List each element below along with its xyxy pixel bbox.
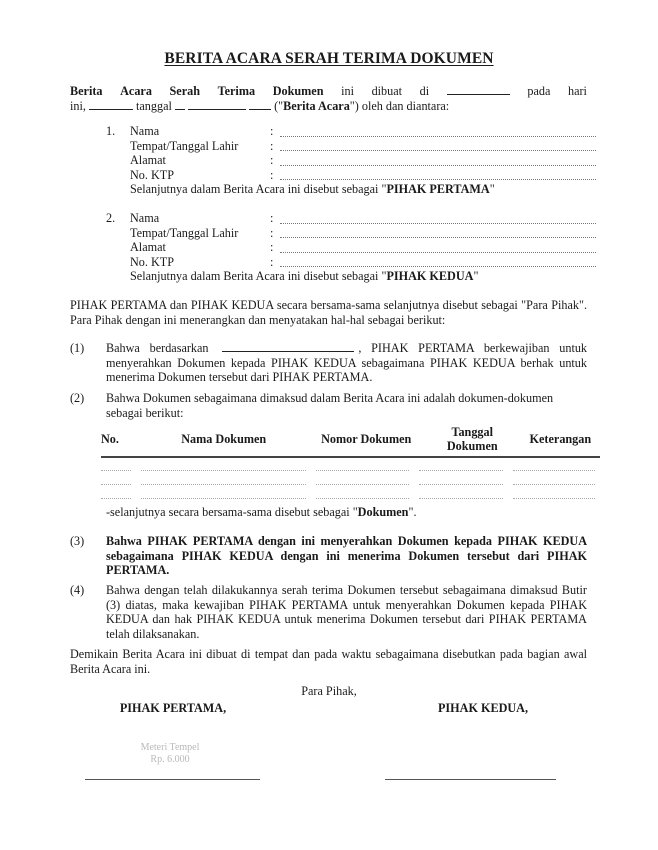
- field-label-alamat: Alamat: [130, 153, 270, 168]
- designation-text: Selanjutnya dalam Berita Acara ini diseb…: [130, 182, 386, 196]
- alamat-input[interactable]: [280, 155, 596, 166]
- table-row: [101, 491, 600, 505]
- signature-line-first[interactable]: [85, 779, 260, 780]
- cell-tanggal[interactable]: [419, 498, 504, 499]
- field-label-nama: Nama: [130, 124, 270, 139]
- document-title: BERITA ACARA SERAH TERIMA DOKUMEN: [0, 50, 658, 68]
- stamp-text: Meteri Tempel: [120, 742, 220, 754]
- month-blank-field[interactable]: [188, 99, 246, 110]
- clause-text: Bahwa berdasarkan , PIHAK PERTAMA berkew…: [106, 341, 587, 385]
- colon: :: [270, 139, 280, 154]
- signature-heading: Para Pihak,: [0, 684, 658, 699]
- column-header-nomor: Nomor Dokumen: [309, 432, 424, 446]
- designation-text: Selanjutnya dalam Berita Acara ini diseb…: [130, 269, 386, 283]
- intro-word: Dokumen: [273, 84, 324, 99]
- field-label-ttl: Tempat/Tanggal Lahir: [130, 139, 270, 154]
- signature-line-second[interactable]: [385, 779, 556, 780]
- colon: :: [270, 153, 280, 168]
- footnote-text: -selanjutnya secara bersama-sama disebut…: [106, 505, 358, 519]
- cell-keterangan[interactable]: [513, 470, 595, 471]
- column-header-keterangan: Keterangan: [521, 432, 600, 446]
- footnote-text: ".: [408, 505, 416, 519]
- cell-nama[interactable]: [141, 498, 306, 499]
- field-label-ktp: No. KTP: [130, 168, 270, 183]
- cell-nomor[interactable]: [316, 484, 409, 485]
- intro-word: pada: [527, 84, 550, 99]
- date-blank-field[interactable]: [175, 99, 185, 110]
- clause-text: Bahwa PIHAK PERTAMA dengan ini menyerahk…: [106, 534, 587, 578]
- cell-nomor[interactable]: [316, 498, 409, 499]
- cell-no[interactable]: [101, 498, 131, 499]
- intro-bold-text: Berita Acara: [283, 99, 350, 113]
- party-number: 2.: [106, 211, 130, 226]
- colon: :: [270, 240, 280, 255]
- field-label-ttl: Tempat/Tanggal Lahir: [130, 226, 270, 241]
- table-row: [101, 477, 600, 491]
- year-blank-field[interactable]: [249, 99, 271, 110]
- intro-word: dibuat: [372, 84, 402, 99]
- nama-input[interactable]: [280, 213, 596, 224]
- clause-text: Bahwa Dokumen sebagaimana dimaksud dalam…: [106, 391, 587, 420]
- clause-1: (1) Bahwa berdasarkan , PIHAK PERTAMA be…: [70, 341, 587, 385]
- colon: :: [270, 226, 280, 241]
- stamp-value: Rp. 6.000: [120, 754, 220, 766]
- party-first: 1.Nama: Tempat/Tanggal Lahir: Alamat: No…: [106, 124, 596, 197]
- clause-3: (3) Bahwa PIHAK PERTAMA dengan ini menye…: [70, 534, 587, 578]
- signature-label-first: PIHAK PERTAMA,: [86, 701, 260, 716]
- column-header-tanggal: Tanggal Dokumen: [424, 425, 521, 453]
- party-second: 2.Nama: Tempat/Tanggal Lahir: Alamat: No…: [106, 211, 596, 284]
- intro-paragraph: Berita Acara Serah Terima Dokumen ini di…: [70, 84, 587, 113]
- para-pihak-paragraph: PIHAK PERTAMA dan PIHAK KEDUA secara ber…: [70, 298, 587, 327]
- intro-word: di: [420, 84, 429, 99]
- basis-blank-field[interactable]: [222, 341, 354, 352]
- clause-text-part: Bahwa berdasarkan: [106, 341, 209, 355]
- closing-paragraph: Demikain Berita Acara ini dibuat di temp…: [70, 647, 587, 676]
- stamp-duty-placeholder: Meteri Tempel Rp. 6.000: [120, 742, 220, 766]
- cell-keterangan[interactable]: [513, 484, 595, 485]
- place-blank-field[interactable]: [447, 84, 510, 95]
- intro-word: Acara: [120, 84, 152, 99]
- cell-nomor[interactable]: [316, 470, 409, 471]
- designation-bold: PIHAK PERTAMA: [386, 182, 489, 196]
- document-table: No. Nama Dokumen Nomor Dokumen Tanggal D…: [101, 424, 600, 505]
- party-designation: Selanjutnya dalam Berita Acara ini diseb…: [106, 182, 596, 197]
- clause-4: (4) Bahwa dengan telah dilakukannya sera…: [70, 583, 587, 641]
- designation-text: ": [490, 182, 495, 196]
- day-blank-field[interactable]: [89, 99, 133, 110]
- field-label-nama: Nama: [130, 211, 270, 226]
- ttl-input[interactable]: [280, 140, 596, 151]
- clause-text: Bahwa dengan telah dilakukannya serah te…: [106, 583, 587, 641]
- cell-nama[interactable]: [141, 484, 306, 485]
- colon: :: [270, 168, 280, 183]
- cell-no[interactable]: [101, 470, 131, 471]
- party-number: 1.: [106, 124, 130, 139]
- ktp-input[interactable]: [280, 169, 596, 180]
- intro-word: Berita: [70, 84, 103, 99]
- table-footnote: -selanjutnya secara bersama-sama disebut…: [106, 505, 417, 520]
- cell-tanggal[interactable]: [419, 470, 504, 471]
- clause-number: (4): [70, 583, 106, 641]
- table-header: No. Nama Dokumen Nomor Dokumen Tanggal D…: [101, 424, 600, 454]
- nama-input[interactable]: [280, 126, 596, 137]
- cell-nama[interactable]: [141, 470, 306, 471]
- intro-line-2: ini, tanggal ("Berita Acara") oleh dan d…: [70, 99, 587, 114]
- column-header-nama: Nama Dokumen: [139, 432, 309, 446]
- clause-number: (3): [70, 534, 106, 578]
- intro-text: (": [274, 99, 283, 113]
- ktp-input[interactable]: [280, 256, 596, 267]
- intro-text: tanggal: [136, 99, 172, 113]
- clause-2: (2) Bahwa Dokumen sebagaimana dimaksud d…: [70, 391, 587, 420]
- cell-tanggal[interactable]: [419, 484, 504, 485]
- colon: :: [270, 124, 280, 139]
- colon: :: [270, 255, 280, 270]
- cell-keterangan[interactable]: [513, 498, 595, 499]
- colon: :: [270, 211, 280, 226]
- signature-label-second: PIHAK KEDUA,: [396, 701, 570, 716]
- intro-word: Terima: [218, 84, 255, 99]
- footnote-bold: Dokumen: [358, 505, 409, 519]
- intro-word: ini: [341, 84, 354, 99]
- clause-number: (2): [70, 391, 106, 420]
- cell-no[interactable]: [101, 484, 131, 485]
- intro-line-1: Berita Acara Serah Terima Dokumen ini di…: [70, 84, 587, 99]
- party-designation: Selanjutnya dalam Berita Acara ini diseb…: [106, 269, 596, 284]
- table-row: [101, 463, 600, 477]
- column-header-no: No.: [101, 432, 139, 446]
- intro-text: ") oleh dan diantara:: [350, 99, 449, 113]
- field-label-ktp: No. KTP: [130, 255, 270, 270]
- designation-bold: PIHAK KEDUA: [386, 269, 473, 283]
- field-label-alamat: Alamat: [130, 240, 270, 255]
- intro-text: ini,: [70, 99, 86, 113]
- clause-number: (1): [70, 341, 106, 385]
- alamat-input[interactable]: [280, 242, 596, 253]
- intro-word: Serah: [170, 84, 200, 99]
- designation-text: ": [473, 269, 478, 283]
- ttl-input[interactable]: [280, 227, 596, 238]
- intro-word: hari: [568, 84, 587, 99]
